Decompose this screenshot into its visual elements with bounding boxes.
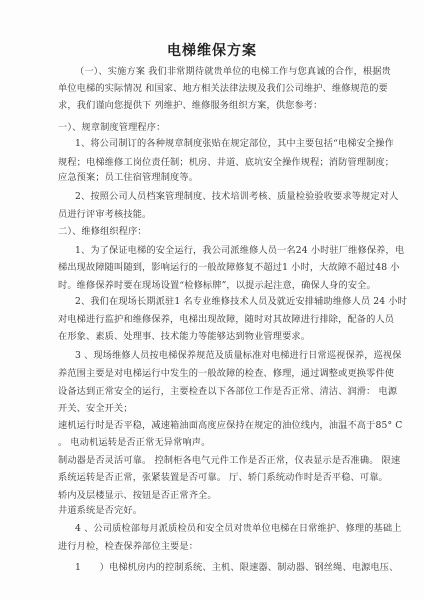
paragraph-line: 单位电梯的实际情况 和国家、地方相关法律法规及我们公司维护、维修规范的要	[58, 83, 370, 95]
paragraph-line: 进行月检，检查保养部位主要是：	[58, 541, 370, 553]
paragraph-line: 速机运行时是否平稳，减速箱油面高度应保持在规定的油位线内，油温不高于85° C	[58, 420, 370, 432]
document-page: 电梯维保方案 （一）、实施方案 我们非常期待就贵单位的电梯工作与您真诚的合作，根…	[0, 0, 424, 600]
paragraph-line: 设备达到正常安全的运行，主要检查以下各部位工作是否正常、清洁、润滑： 电源	[58, 386, 370, 398]
list-item: 1 ）电梯机房内的控制系统、主机、限速器、制动器、钢丝绳、电源电压、	[75, 562, 370, 574]
paragraph-line: 2、按照公司人员档案管理制度、技术培训考核、质量检验验收要求等规定对人	[75, 191, 370, 203]
paragraph-line: 制动器是否灵活可靠。 控制柜各电气元件工作是否正常，仪表显示是否准确。 限速	[58, 455, 370, 467]
paragraph-line: 1、将公司制订的各种规章制度张贴在规定部位，其中主要包括“电梯安全操作	[75, 138, 370, 150]
paragraph-line: 开关、安全开关；	[58, 403, 370, 415]
document-title: 电梯维保方案	[0, 40, 424, 60]
paragraph-line: 轿内及层楼显示、按钮是否正常齐全。	[58, 490, 370, 502]
paragraph-line: 应急预案；员工住宿管理制度等。	[58, 172, 370, 184]
paragraph-line: （一）、实施方案 我们非常期待就贵单位的电梯工作与您真诚的合作，根据贵	[75, 66, 370, 78]
paragraph-line: 规程；电梯维修工岗位责任制；机房、井道、底坑安全操作规程；消防管理制度；	[58, 157, 370, 169]
paragraph-line: 对电梯进行监护和维修保养，电梯出现故障，随时对其故障进行排除，配备的人员	[58, 314, 370, 326]
section-heading: 二）、维修组织程序：	[58, 226, 370, 238]
paragraph-line: 时。维修保养时要在现场设置“检修标牌”，以提示起注意，确保人身的安全。	[58, 280, 370, 292]
section-heading: 一）、规章制度管理程序：	[58, 122, 370, 134]
paragraph-line: 4 、公司质检部每月派质检员和安全员对贵单位电梯在日常维护、修理的基础上	[75, 523, 370, 535]
paragraph-line: 。 电动机运转是否正常无异常响声。	[58, 437, 370, 449]
paragraph-line: 井道系统是否完好。	[58, 505, 370, 517]
paragraph-line: 在形象、素质、处理事、技术能力等能够达到物业管理要求。	[58, 331, 370, 343]
paragraph-line: 2、我们在现场长期派驻1 名专业维修技术人员及就近安排辅助维修人员 24 小时	[75, 296, 370, 308]
paragraph-line: 系统运转是否正常，张紧装置是否可靠。 厅、轿门系统动作时是否平稳、可靠。	[58, 472, 370, 484]
paragraph-line: 1、为了保证电梯的安全运行，我公司派维修人员一名24 小时驻厂维修保养，电	[75, 245, 370, 257]
paragraph-line: 员进行评审考核技能。	[58, 209, 370, 221]
paragraph-line: 养范围主要是对电梯运行中发生的一般故障的检查、修理，通过调整或更换零件使	[58, 368, 370, 380]
paragraph-line: 求，我们谨向您提供下 列维护、维修服务组织方案，供您参考：	[58, 100, 370, 112]
paragraph-line: 3 、现场维修人员按电梯保养规范及质量标准对电梯进行日常巡视保养，巡视保	[75, 350, 370, 362]
paragraph-line: 梯出现故障随叫随到，影响运行的一般故障修复不超过1 小时，大故障不超过48 小	[58, 262, 370, 274]
